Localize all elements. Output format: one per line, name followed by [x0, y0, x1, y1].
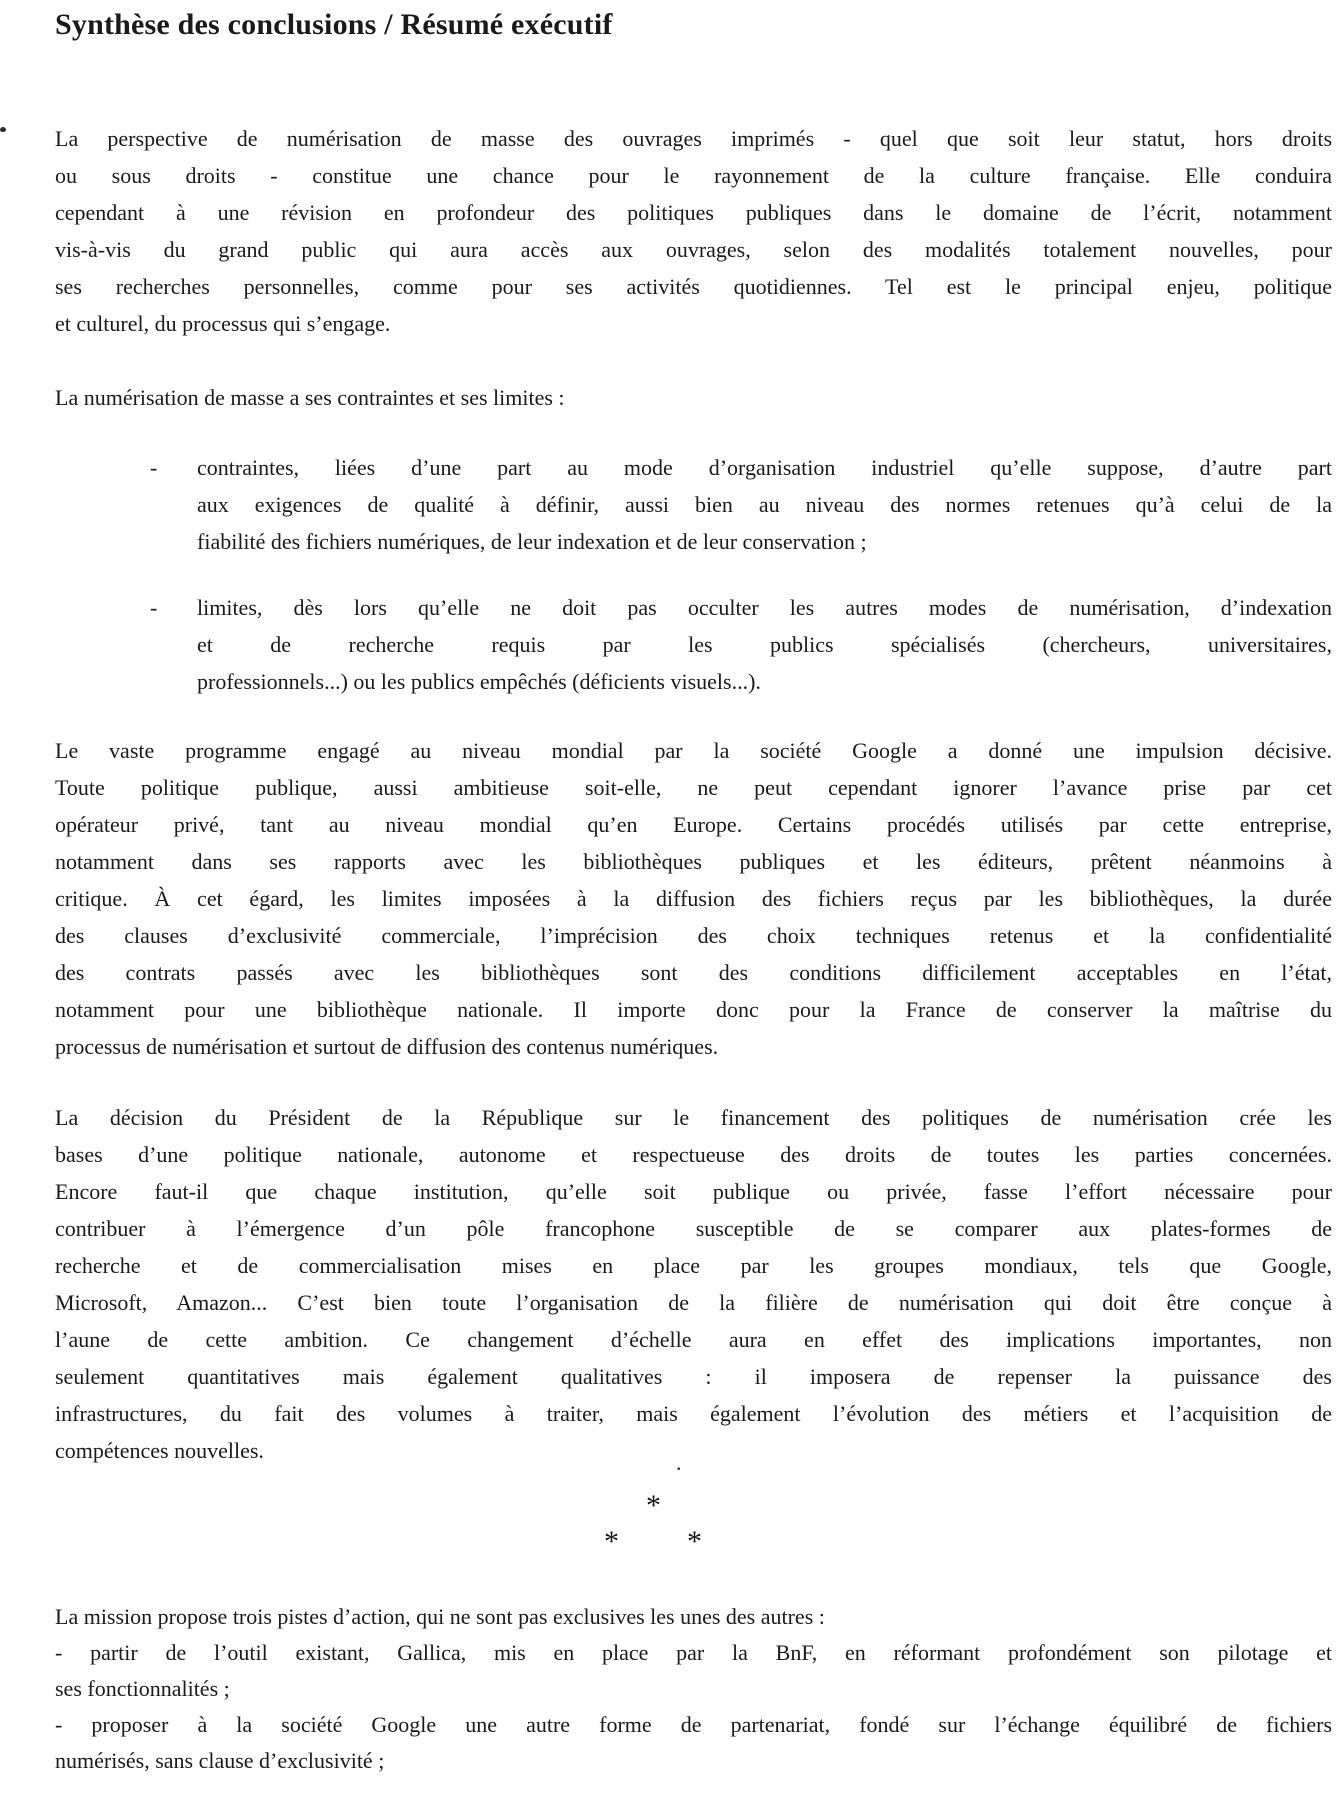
text-line: recherche et de commercialisation mises … — [55, 1247, 1332, 1284]
paragraph-contraintes-intro: La numérisation de masse a ses contraint… — [55, 379, 1332, 416]
action-item-google: - proposer à la société Google une autre… — [55, 1707, 1332, 1779]
text-line: ou sous droits - constitue une chance po… — [55, 157, 1332, 194]
text-line: Toute politique publique, aussi ambitieu… — [55, 769, 1332, 806]
action-item-gallica: - partir de l’outil existant, Gallica, m… — [55, 1635, 1332, 1707]
text-line: et de recherche requis par les publics s… — [197, 626, 1332, 663]
text-line: - partir de l’outil existant, Gallica, m… — [55, 1635, 1332, 1671]
document-title: Synthèse des conclusions / Résumé exécut… — [55, 8, 613, 42]
asterisk-divider-right: * — [687, 1525, 702, 1559]
text-line: et culturel, du processus qui s’engage. — [55, 305, 1332, 342]
text-line: Le vaste programme engagé au niveau mond… — [55, 732, 1332, 769]
text-line: critique. À cet égard, les limites impos… — [55, 880, 1332, 917]
text-line: aux exigences de qualité à définir, auss… — [197, 486, 1332, 523]
text-line: numérisés, sans clause d’exclusivité ; — [55, 1743, 1332, 1779]
text-line: contraintes, liées d’une part au mode d’… — [197, 449, 1332, 486]
paragraph-mission: La mission propose trois pistes d’action… — [55, 1599, 1332, 1779]
document-page: Synthèse des conclusions / Résumé exécut… — [0, 0, 1339, 1794]
text-line: des clauses d’exclusivité commerciale, l… — [55, 917, 1332, 954]
paragraph-google: Le vaste programme engagé au niveau mond… — [55, 732, 1332, 1065]
text-line: Encore faut-il que chaque institution, q… — [55, 1173, 1332, 1210]
text-line: notamment pour une bibliothèque national… — [55, 991, 1332, 1028]
text-line: La perspective de numérisation de masse … — [55, 120, 1332, 157]
asterisk-divider-left: * — [604, 1525, 619, 1559]
text-line: ses fonctionnalités ; — [55, 1671, 1332, 1707]
text-line: infrastructures, du fait des volumes à t… — [55, 1395, 1332, 1432]
text-line: bases d’une politique nationale, autonom… — [55, 1136, 1332, 1173]
text-line: contribuer à l’émergence d’un pôle franc… — [55, 1210, 1332, 1247]
bullet-text: contraintes, liées d’une part au mode d’… — [197, 449, 1332, 560]
text-line: ses recherches personnelles, comme pour … — [55, 268, 1332, 305]
text-line: professionnels...) ou les publics empêch… — [197, 663, 1332, 700]
text-line: processus de numérisation et surtout de … — [55, 1028, 1332, 1065]
text-line: vis-à-vis du grand public qui aura accès… — [55, 231, 1332, 268]
bullet-text: limites, dès lors qu’elle ne doit pas oc… — [197, 589, 1332, 700]
bullet-item-limites: - limites, dès lors qu’elle ne doit pas … — [55, 589, 1332, 700]
bullet-dash: - — [150, 589, 157, 626]
text-line: La numérisation de masse a ses contraint… — [55, 379, 1332, 416]
text-line: seulement quantitatives mais également q… — [55, 1358, 1332, 1395]
text-line: des contrats passés avec les bibliothèqu… — [55, 954, 1332, 991]
scan-speck-dot: . — [676, 1450, 682, 1476]
text-line: La décision du Président de la Républiqu… — [55, 1099, 1332, 1136]
text-line: notamment dans ses rapports avec les bib… — [55, 843, 1332, 880]
paragraph-president: La décision du Président de la Républiqu… — [55, 1099, 1332, 1469]
text-line: La mission propose trois pistes d’action… — [55, 1599, 1332, 1635]
text-line: opérateur privé, tant au niveau mondial … — [55, 806, 1332, 843]
text-line: fiabilité des fichiers numériques, de le… — [197, 523, 1332, 560]
bullet-item-contraintes: - contraintes, liées d’une part au mode … — [55, 449, 1332, 560]
text-line: cependant à une révision en profondeur d… — [55, 194, 1332, 231]
text-line: l’aune de cette ambition. Ce changement … — [55, 1321, 1332, 1358]
paragraph-perspective: La perspective de numérisation de masse … — [55, 120, 1332, 342]
text-line: compétences nouvelles. — [55, 1432, 1332, 1469]
scan-speck-left-margin — [0, 127, 6, 132]
text-line: - proposer à la société Google une autre… — [55, 1707, 1332, 1743]
text-line: Microsoft, Amazon... C’est bien toute l’… — [55, 1284, 1332, 1321]
asterisk-divider-top: * — [646, 1489, 661, 1523]
text-line: limites, dès lors qu’elle ne doit pas oc… — [197, 589, 1332, 626]
bullet-dash: - — [150, 449, 157, 486]
